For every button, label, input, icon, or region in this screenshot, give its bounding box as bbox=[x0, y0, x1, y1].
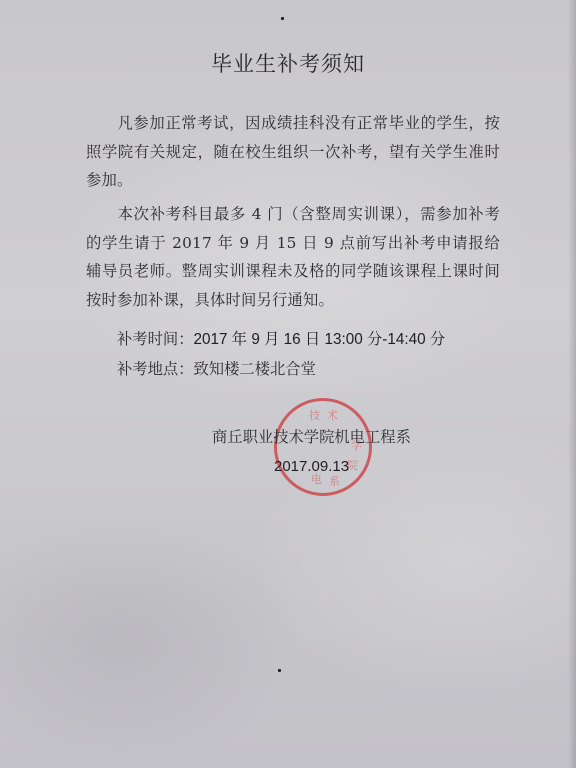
issue-date: 2017.09.13 bbox=[274, 458, 349, 475]
paragraph-2-text: 本次补考科目最多 4 门（含整周实训课），需参加补考的学生请于 2017 年 9… bbox=[86, 205, 500, 309]
speck-top bbox=[281, 17, 284, 20]
exam-location-label: 补考地点： bbox=[117, 360, 194, 378]
paper-edge-shadow bbox=[568, 0, 576, 768]
document-title: 毕业生补考须知 bbox=[0, 48, 576, 78]
exam-time-label: 补考时间： bbox=[117, 330, 194, 348]
exam-time-value: 2017 年 9 月 16 日 13:00 分-14:40 分 bbox=[194, 331, 446, 348]
issuer-signature: 商丘职业技术学院机电工程系 bbox=[212, 425, 411, 447]
paragraph-1: 凡参加正常考试，因成绩挂科没有正常毕业的学生，按照学院有关规定，随在校生组织一次… bbox=[86, 109, 500, 195]
exam-time-line: 补考时间：2017 年 9 月 16 日 13:00 分-14:40 分 bbox=[117, 325, 445, 354]
stamp-char: 技 bbox=[309, 407, 320, 423]
stamp-char: 术 bbox=[327, 407, 338, 423]
paragraph-1-text: 凡参加正常考试，因成绩挂科没有正常毕业的学生，按照学院有关规定，随在校生组织一次… bbox=[86, 114, 500, 189]
exam-location-value: 致知楼二楼北合堂 bbox=[194, 360, 316, 378]
official-seal-stamp: 技 术 学 院 电 系 bbox=[274, 398, 372, 496]
stamp-char: 系 bbox=[329, 473, 340, 489]
paragraph-2: 本次补考科目最多 4 门（含整周实训课），需参加补考的学生请于 2017 年 9… bbox=[86, 200, 500, 314]
exam-location-line: 补考地点：致知楼二楼北合堂 bbox=[117, 355, 316, 383]
speck-bottom bbox=[278, 669, 281, 672]
